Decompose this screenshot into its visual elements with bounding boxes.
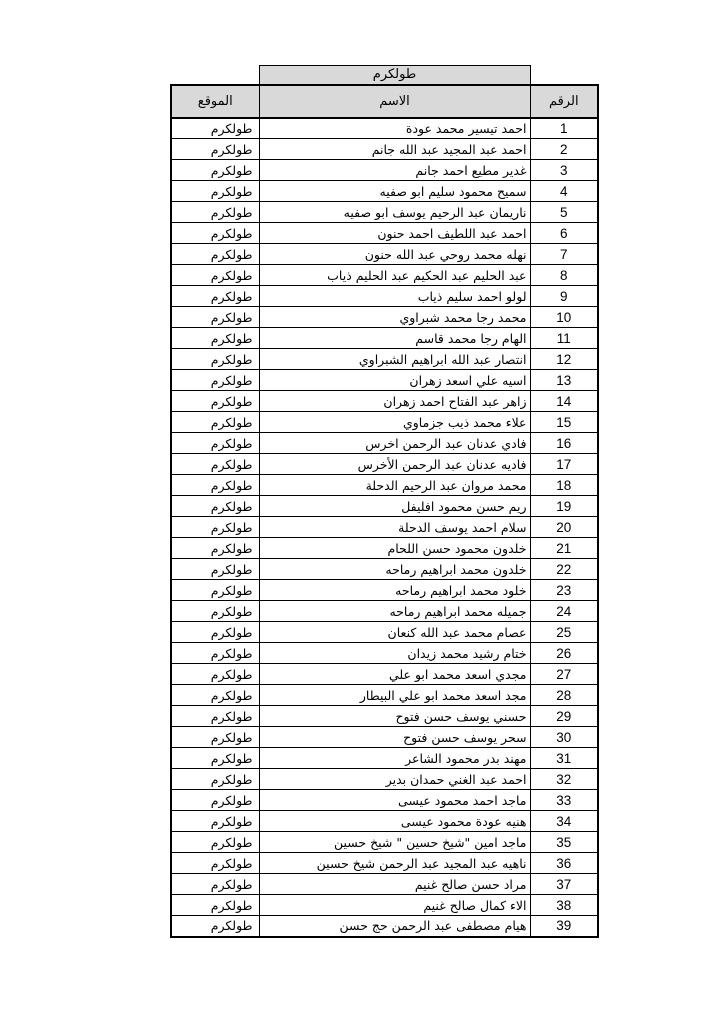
- row-name-cell: احمد عبد اللطيف احمد حنون: [259, 223, 530, 244]
- row-location-cell: طولكرم: [171, 580, 259, 601]
- row-location-cell: طولكرم: [171, 643, 259, 664]
- row-number-cell: 29: [530, 706, 598, 727]
- table-row: 35ماجد امين "شيخ حسين " شيخ حسينطولكرم: [171, 832, 598, 853]
- row-name-cell: الاء كمال صالح غنيم: [259, 895, 530, 916]
- row-name-cell: انتصار عبد الله ابراهيم الشبراوي: [259, 349, 530, 370]
- table-row: 28مجد اسعد محمد ابو علي البيطارطولكرم: [171, 685, 598, 706]
- banner-spacer-left: [171, 66, 259, 85]
- row-number-cell: 22: [530, 559, 598, 580]
- row-number-cell: 4: [530, 181, 598, 202]
- row-number-cell: 26: [530, 643, 598, 664]
- row-number-cell: 3: [530, 160, 598, 181]
- col-header-number: الرقم: [530, 85, 598, 118]
- row-name-cell: اسيه علي اسعد زهران: [259, 370, 530, 391]
- col-header-location: الموقع: [171, 85, 259, 118]
- row-name-cell: مجدي اسعد محمد ابو علي: [259, 664, 530, 685]
- row-name-cell: ماجد احمد محمود عيسى: [259, 790, 530, 811]
- row-name-cell: الهام رجا محمد قاسم: [259, 328, 530, 349]
- row-name-cell: احمد عبد الغني حمدان بدير: [259, 769, 530, 790]
- table-row: 29حسني يوسف حسن فتوحطولكرم: [171, 706, 598, 727]
- row-location-cell: طولكرم: [171, 139, 259, 160]
- row-number-cell: 7: [530, 244, 598, 265]
- row-name-cell: عبد الحليم عبد الحكيم عبد الحليم ذياب: [259, 265, 530, 286]
- row-location-cell: طولكرم: [171, 328, 259, 349]
- row-location-cell: طولكرم: [171, 748, 259, 769]
- table-row: 39هيام مصطفى عبد الرحمن حج حسنطولكرم: [171, 916, 598, 937]
- row-location-cell: طولكرم: [171, 727, 259, 748]
- row-name-cell: محمد مروان عبد الرحيم الدحلة: [259, 475, 530, 496]
- table-row: 27مجدي اسعد محمد ابو عليطولكرم: [171, 664, 598, 685]
- row-location-cell: طولكرم: [171, 412, 259, 433]
- row-name-cell: علاء محمد ذيب جزماوي: [259, 412, 530, 433]
- row-location-cell: طولكرم: [171, 202, 259, 223]
- names-table: طولكرم الرقم الاسم الموقع 1احمد تيسير مح…: [170, 65, 599, 938]
- row-name-cell: فاديه عدنان عبد الرحمن الأخرس: [259, 454, 530, 475]
- table-row: 12انتصار عبد الله ابراهيم الشبراويطولكرم: [171, 349, 598, 370]
- row-name-cell: جميله محمد ابراهيم رماحه: [259, 601, 530, 622]
- row-name-cell: زاهر عبد الفتاح احمد زهران: [259, 391, 530, 412]
- table-row: 13اسيه علي اسعد زهرانطولكرم: [171, 370, 598, 391]
- table-row: 21خلدون محمود حسن اللحامطولكرم: [171, 538, 598, 559]
- row-location-cell: طولكرم: [171, 811, 259, 832]
- row-name-cell: سلام احمد يوسف الدحلة: [259, 517, 530, 538]
- row-number-cell: 1: [530, 118, 598, 139]
- table-row: 33ماجد احمد محمود عيسىطولكرم: [171, 790, 598, 811]
- row-number-cell: 9: [530, 286, 598, 307]
- table-row: 32احمد عبد الغني حمدان بديرطولكرم: [171, 769, 598, 790]
- row-name-cell: احمد عبد المجيد عبد الله جانم: [259, 139, 530, 160]
- table-row: 7نهله محمد روحي عبد الله حنونطولكرم: [171, 244, 598, 265]
- row-location-cell: طولكرم: [171, 853, 259, 874]
- row-number-cell: 28: [530, 685, 598, 706]
- banner-row: طولكرم: [171, 66, 598, 85]
- row-location-cell: طولكرم: [171, 307, 259, 328]
- row-location-cell: طولكرم: [171, 349, 259, 370]
- row-location-cell: طولكرم: [171, 664, 259, 685]
- row-name-cell: عصام محمد عبد الله كنعان: [259, 622, 530, 643]
- row-number-cell: 31: [530, 748, 598, 769]
- row-number-cell: 37: [530, 874, 598, 895]
- row-name-cell: خلود محمد ابراهيم رماحه: [259, 580, 530, 601]
- row-number-cell: 23: [530, 580, 598, 601]
- row-location-cell: طولكرم: [171, 265, 259, 286]
- row-location-cell: طولكرم: [171, 181, 259, 202]
- row-number-cell: 11: [530, 328, 598, 349]
- row-name-cell: هنيه عودة محمود عيسى: [259, 811, 530, 832]
- row-location-cell: طولكرم: [171, 433, 259, 454]
- table-row: 24جميله محمد ابراهيم رماحهطولكرم: [171, 601, 598, 622]
- table-row: 4سميح محمود سليم ابو صفيهطولكرم: [171, 181, 598, 202]
- row-number-cell: 17: [530, 454, 598, 475]
- table-row: 16فادي عدنان عبد الرحمن اخرسطولكرم: [171, 433, 598, 454]
- table-banner-title: طولكرم: [259, 66, 530, 85]
- row-number-cell: 2: [530, 139, 598, 160]
- row-number-cell: 30: [530, 727, 598, 748]
- row-number-cell: 19: [530, 496, 598, 517]
- row-name-cell: مراد حسن صالح غنيم: [259, 874, 530, 895]
- row-name-cell: خلدون محمد ابراهيم رماحه: [259, 559, 530, 580]
- row-name-cell: احمد تيسير محمد عودة: [259, 118, 530, 139]
- row-location-cell: طولكرم: [171, 790, 259, 811]
- row-name-cell: سميح محمود سليم ابو صفيه: [259, 181, 530, 202]
- header-row: الرقم الاسم الموقع: [171, 85, 598, 118]
- row-name-cell: مهند بدر محمود الشاعر: [259, 748, 530, 769]
- row-number-cell: 35: [530, 832, 598, 853]
- row-location-cell: طولكرم: [171, 160, 259, 181]
- row-location-cell: طولكرم: [171, 538, 259, 559]
- table-row: 17فاديه عدنان عبد الرحمن الأخرسطولكرم: [171, 454, 598, 475]
- table-row: 5ناريمان عبد الرحيم يوسف ابو صفيهطولكرم: [171, 202, 598, 223]
- row-name-cell: محمد رجا محمد شبراوي: [259, 307, 530, 328]
- row-location-cell: طولكرم: [171, 244, 259, 265]
- table-row: 38الاء كمال صالح غنيمطولكرم: [171, 895, 598, 916]
- row-location-cell: طولكرم: [171, 832, 259, 853]
- row-number-cell: 18: [530, 475, 598, 496]
- table-row: 25عصام محمد عبد الله كنعانطولكرم: [171, 622, 598, 643]
- row-location-cell: طولكرم: [171, 475, 259, 496]
- table-row: 31مهند بدر محمود الشاعرطولكرم: [171, 748, 598, 769]
- col-header-name: الاسم: [259, 85, 530, 118]
- row-name-cell: ناريمان عبد الرحيم يوسف ابو صفيه: [259, 202, 530, 223]
- row-number-cell: 6: [530, 223, 598, 244]
- table-row: 6احمد عبد اللطيف احمد حنونطولكرم: [171, 223, 598, 244]
- row-number-cell: 20: [530, 517, 598, 538]
- row-location-cell: طولكرم: [171, 916, 259, 937]
- banner-spacer-right: [530, 66, 598, 85]
- table-row: 9لولو احمد سليم ذيابطولكرم: [171, 286, 598, 307]
- row-number-cell: 39: [530, 916, 598, 937]
- table-row: 26ختام رشيد محمد زيدانطولكرم: [171, 643, 598, 664]
- table-row: 23خلود محمد ابراهيم رماحهطولكرم: [171, 580, 598, 601]
- row-location-cell: طولكرم: [171, 118, 259, 139]
- table-row: 34هنيه عودة محمود عيسىطولكرم: [171, 811, 598, 832]
- row-name-cell: سحر يوسف حسن فتوح: [259, 727, 530, 748]
- row-number-cell: 38: [530, 895, 598, 916]
- row-location-cell: طولكرم: [171, 391, 259, 412]
- row-name-cell: ناهيه عبد المجيد عبد الرحمن شيخ حسين: [259, 853, 530, 874]
- row-number-cell: 25: [530, 622, 598, 643]
- row-location-cell: طولكرم: [171, 874, 259, 895]
- row-number-cell: 24: [530, 601, 598, 622]
- row-number-cell: 33: [530, 790, 598, 811]
- row-name-cell: ماجد امين "شيخ حسين " شيخ حسين: [259, 832, 530, 853]
- row-name-cell: نهله محمد روحي عبد الله حنون: [259, 244, 530, 265]
- row-location-cell: طولكرم: [171, 496, 259, 517]
- table-row: 11الهام رجا محمد قاسمطولكرم: [171, 328, 598, 349]
- row-location-cell: طولكرم: [171, 601, 259, 622]
- table-row: 18محمد مروان عبد الرحيم الدحلةطولكرم: [171, 475, 598, 496]
- row-number-cell: 8: [530, 265, 598, 286]
- row-number-cell: 13: [530, 370, 598, 391]
- row-location-cell: طولكرم: [171, 895, 259, 916]
- table-row: 3غدير مطيع احمد جانمطولكرم: [171, 160, 598, 181]
- row-name-cell: غدير مطيع احمد جانم: [259, 160, 530, 181]
- row-location-cell: طولكرم: [171, 769, 259, 790]
- table-row: 20سلام احمد يوسف الدحلةطولكرم: [171, 517, 598, 538]
- row-number-cell: 16: [530, 433, 598, 454]
- row-location-cell: طولكرم: [171, 517, 259, 538]
- row-name-cell: ريم حسن محمود افليفل: [259, 496, 530, 517]
- table-row: 14زاهر عبد الفتاح احمد زهرانطولكرم: [171, 391, 598, 412]
- row-number-cell: 21: [530, 538, 598, 559]
- row-number-cell: 15: [530, 412, 598, 433]
- row-location-cell: طولكرم: [171, 685, 259, 706]
- row-location-cell: طولكرم: [171, 370, 259, 391]
- row-name-cell: لولو احمد سليم ذياب: [259, 286, 530, 307]
- row-location-cell: طولكرم: [171, 454, 259, 475]
- row-number-cell: 34: [530, 811, 598, 832]
- row-location-cell: طولكرم: [171, 622, 259, 643]
- table-row: 22خلدون محمد ابراهيم رماحهطولكرم: [171, 559, 598, 580]
- table-row: 8عبد الحليم عبد الحكيم عبد الحليم ذيابطو…: [171, 265, 598, 286]
- table-row: 19ريم حسن محمود افليفلطولكرم: [171, 496, 598, 517]
- row-location-cell: طولكرم: [171, 286, 259, 307]
- row-number-cell: 36: [530, 853, 598, 874]
- row-number-cell: 32: [530, 769, 598, 790]
- row-name-cell: مجد اسعد محمد ابو علي البيطار: [259, 685, 530, 706]
- row-number-cell: 10: [530, 307, 598, 328]
- row-name-cell: هيام مصطفى عبد الرحمن حج حسن: [259, 916, 530, 937]
- row-number-cell: 14: [530, 391, 598, 412]
- table-body: 1احمد تيسير محمد عودةطولكرم2احمد عبد الم…: [171, 118, 598, 937]
- table-row: 10محمد رجا محمد شبراويطولكرم: [171, 307, 598, 328]
- row-location-cell: طولكرم: [171, 559, 259, 580]
- table-row: 1احمد تيسير محمد عودةطولكرم: [171, 118, 598, 139]
- table-row: 30سحر يوسف حسن فتوحطولكرم: [171, 727, 598, 748]
- row-name-cell: ختام رشيد محمد زيدان: [259, 643, 530, 664]
- row-number-cell: 27: [530, 664, 598, 685]
- table-row: 2احمد عبد المجيد عبد الله جانمطولكرم: [171, 139, 598, 160]
- row-name-cell: حسني يوسف حسن فتوح: [259, 706, 530, 727]
- row-name-cell: فادي عدنان عبد الرحمن اخرس: [259, 433, 530, 454]
- table-row: 36ناهيه عبد المجيد عبد الرحمن شيخ حسينطو…: [171, 853, 598, 874]
- row-location-cell: طولكرم: [171, 223, 259, 244]
- table-row: 15علاء محمد ذيب جزماويطولكرم: [171, 412, 598, 433]
- row-name-cell: خلدون محمود حسن اللحام: [259, 538, 530, 559]
- row-number-cell: 5: [530, 202, 598, 223]
- table-row: 37مراد حسن صالح غنيمطولكرم: [171, 874, 598, 895]
- document-page: طولكرم الرقم الاسم الموقع 1احمد تيسير مح…: [0, 0, 724, 1024]
- row-number-cell: 12: [530, 349, 598, 370]
- row-location-cell: طولكرم: [171, 706, 259, 727]
